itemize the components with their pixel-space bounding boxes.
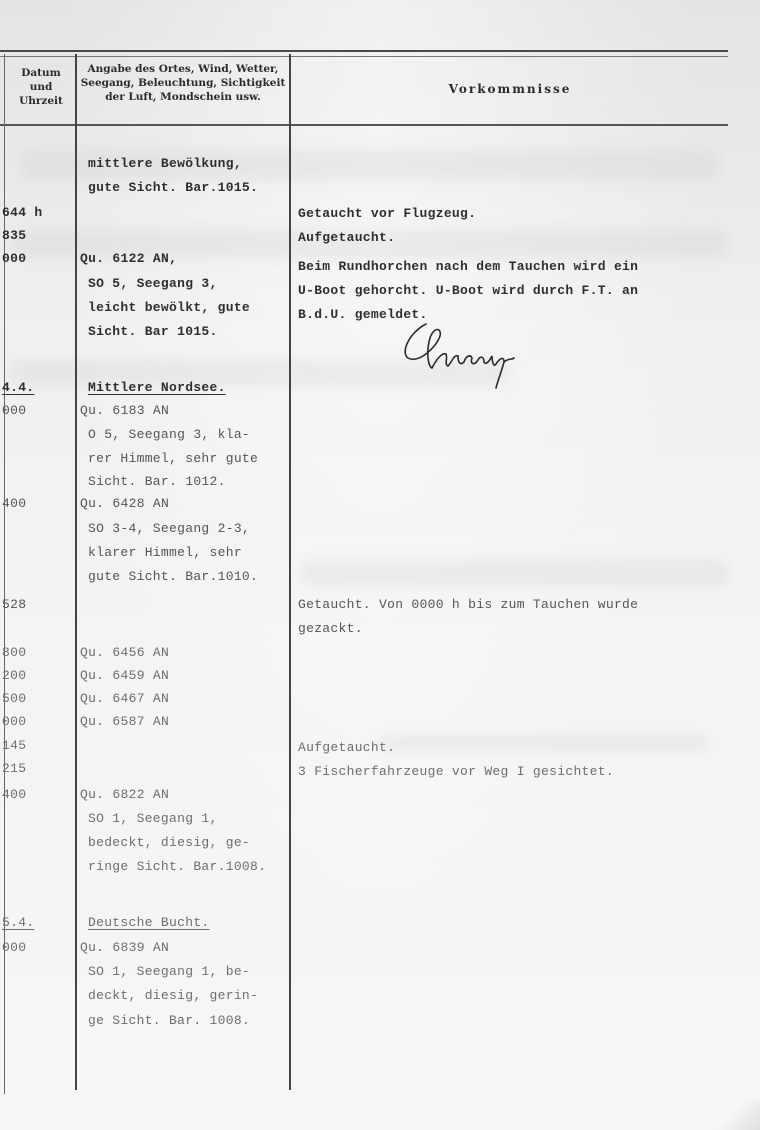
time-entry: 835 (2, 228, 26, 244)
weather-text: SO 5, Seegang 3, (88, 276, 218, 292)
weather-text: SO 3-4, Seegang 2-3, (88, 521, 250, 537)
event-text: Aufgetaucht. (298, 740, 395, 756)
time-entry: 400 (2, 496, 26, 512)
weather-text: mittlere Bewölkung, (88, 156, 242, 172)
document-page: Datum und Uhrzeit Angabe des Ortes, Wind… (0, 0, 760, 1130)
bleed-through-smudge (380, 735, 710, 751)
weather-text: ringe Sicht. Bar.1008. (88, 859, 266, 875)
weather-text: rer Himmel, sehr gute (88, 451, 258, 467)
time-entry: 000 (2, 940, 26, 956)
header-datum-line: und (8, 80, 74, 94)
date-entry: 5.4. (2, 915, 34, 931)
weather-text: Sicht. Bar. 1012. (88, 474, 226, 490)
time-entry: 000 (2, 251, 26, 267)
weather-text: O 5, Seegang 3, kla- (88, 427, 250, 443)
weather-text: Qu. 6467 AN (80, 691, 169, 707)
time-entry: 145 (2, 738, 26, 754)
page-corner (700, 1100, 760, 1130)
weather-text: Qu. 6428 AN (80, 496, 169, 512)
time-entry: 000 (2, 714, 26, 730)
time-entry: 500 (2, 691, 26, 707)
location-heading: Mittlere Nordsee. (88, 380, 226, 396)
weather-text: Qu. 6183 AN (80, 403, 169, 419)
time-entry: 400 (2, 787, 26, 803)
weather-text: Qu. 6122 AN, (80, 251, 177, 267)
bleed-through-smudge (300, 560, 730, 586)
signature (396, 318, 546, 398)
time-entry: 200 (2, 668, 26, 684)
header-angabe-line: der Luft, Mondschein usw. (78, 90, 288, 104)
event-text: Aufgetaucht. (298, 230, 395, 246)
weather-text: gute Sicht. Bar.1010. (88, 569, 258, 585)
column-divider-1 (75, 54, 77, 1090)
weather-text: SO 1, Seegang 1, (88, 811, 218, 827)
location-heading: Deutsche Bucht. (88, 915, 210, 931)
event-text: 3 Fischerfahrzeuge vor Weg I gesichtet. (298, 764, 614, 780)
header-datum-line: Uhrzeit (8, 94, 74, 108)
time-entry: 800 (2, 645, 26, 661)
header-angabe-line: Seegang, Beleuchtung, Sichtigkeit (78, 76, 288, 90)
weather-text: Qu. 6839 AN (80, 940, 169, 956)
time-entry: 000 (2, 403, 26, 419)
header-vorkommnisse: Vorkommnisse (292, 82, 728, 96)
weather-text: ge Sicht. Bar. 1008. (88, 1013, 250, 1029)
time-entry: 528 (2, 597, 26, 613)
weather-text: leicht bewölkt, gute (88, 300, 250, 316)
table-header-rule (0, 124, 728, 126)
weather-text: Sicht. Bar 1015. (88, 324, 218, 340)
header-angabe: Angabe des Ortes, Wind, Wetter, Seegang,… (78, 62, 288, 104)
event-text: Getaucht. Von 0000 h bis zum Tauchen wur… (298, 597, 638, 613)
weather-text: Qu. 6456 AN (80, 645, 169, 661)
column-divider-2 (289, 54, 291, 1090)
time-entry: 644 h (2, 205, 43, 221)
weather-text: Qu. 6459 AN (80, 668, 169, 684)
weather-text: gute Sicht. Bar.1015. (88, 180, 258, 196)
table-top-rule (0, 50, 728, 57)
event-text: U-Boot gehorcht. U-Boot wird durch F.T. … (298, 283, 638, 299)
header-datum-line: Datum (8, 66, 74, 80)
weather-text: Qu. 6822 AN (80, 787, 169, 803)
weather-text: klarer Himmel, sehr (88, 545, 242, 561)
event-text: Getaucht vor Flugzeug. (298, 206, 476, 222)
weather-text: deckt, diesig, gerin- (88, 988, 258, 1004)
weather-text: Qu. 6587 AN (80, 714, 169, 730)
time-entry: 215 (2, 761, 26, 777)
weather-text: SO 1, Seegang 1, be- (88, 964, 250, 980)
header-angabe-line: Angabe des Ortes, Wind, Wetter, (78, 62, 288, 76)
header-datum: Datum und Uhrzeit (8, 66, 74, 108)
date-entry: 4.4. (2, 380, 34, 396)
weather-text: bedeckt, diesig, ge- (88, 835, 250, 851)
event-text: Beim Rundhorchen nach dem Tauchen wird e… (298, 259, 638, 275)
event-text: gezackt. (298, 621, 363, 637)
